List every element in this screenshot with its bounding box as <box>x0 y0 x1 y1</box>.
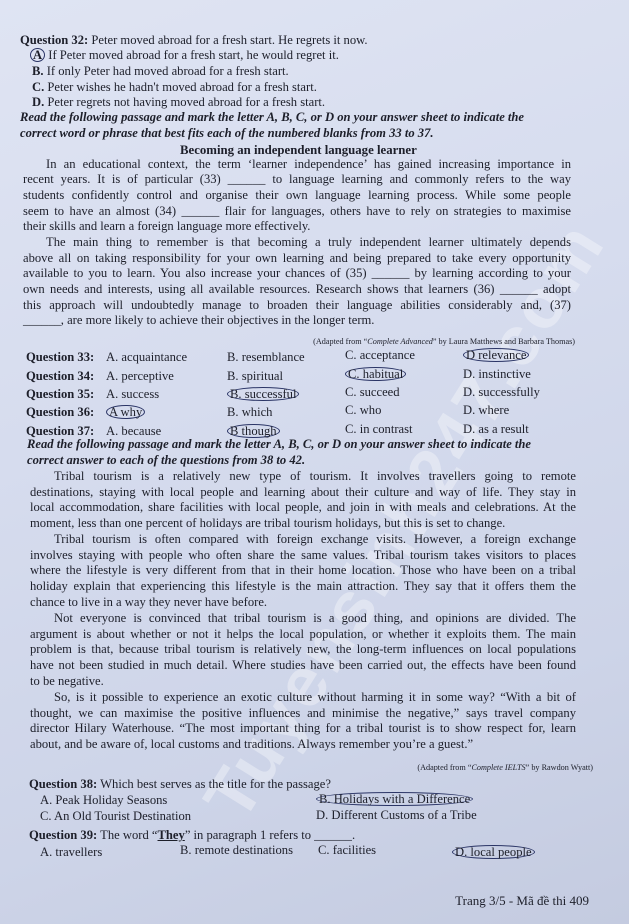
passage-2-line: moment, less than one percent of holiday… <box>30 516 576 531</box>
answer-circle: D. local people <box>452 845 535 859</box>
passage-2-line: Not everyone is convinced that tribal to… <box>54 611 576 626</box>
option-text: B. spiritual <box>227 369 283 383</box>
passage-1-line: The main thing to remember is that becom… <box>46 235 571 250</box>
passage-title: Becoming an independent language learner <box>180 143 417 158</box>
option-text: B. resemblance <box>227 350 305 364</box>
q38-option-b[interactable]: B. Holidays with a Difference <box>316 792 473 807</box>
q39-option-d[interactable]: D. local people <box>452 845 535 860</box>
passage-1-line: In an educational context, the term ‘lea… <box>46 157 571 172</box>
passage-2-line: to be negative. <box>30 674 576 689</box>
option-text: B. which <box>227 405 272 419</box>
instruction-38-42-line1: Read the following passage and mark the … <box>27 437 531 452</box>
answer-circle: B. successful <box>227 387 299 401</box>
q32-option-a[interactable]: A If Peter moved abroad for a fresh star… <box>30 48 339 63</box>
option-text: D. instinctive <box>463 367 531 381</box>
passage-2-line: have not been studied in much detail. Wh… <box>30 658 576 673</box>
q39-option-a[interactable]: A. travellers <box>40 845 102 860</box>
passage-2-line: chance to live in a way they never have … <box>30 595 576 610</box>
passage-2-line: argument is about whether or not it help… <box>30 627 576 642</box>
q32-stem: Question 32: Peter moved abroad for a fr… <box>20 33 368 48</box>
option-text: A. because <box>106 424 161 438</box>
answer-option[interactable]: B. spiritual <box>227 369 283 384</box>
passage-2-line: holiday explain that experiencing this l… <box>30 579 576 594</box>
passage-2-line: where the lifestyle is very different fr… <box>30 563 576 578</box>
passage-1-line: ______, are more likely to achieve their… <box>23 313 571 328</box>
passage-2-line: local accommodation, share facilities wi… <box>30 500 576 515</box>
q39-stem: Question 39: The word “They” in paragrap… <box>29 828 355 843</box>
q38-option-c[interactable]: C. An Old Tourist Destination <box>40 809 191 824</box>
page-footer: Trang 3/5 - Mã đề thi 409 <box>455 893 589 909</box>
passage-2-line: involves staying with people who often s… <box>30 548 576 563</box>
passage-1-line: seem to have an almost (34) ______ flair… <box>23 204 571 219</box>
option-text: D. where <box>463 403 509 417</box>
answer-circle: B though <box>227 424 280 438</box>
passage-2-line: director Hilary Waterhouse. “The most im… <box>30 721 576 736</box>
answer-option[interactable]: D. successfully <box>463 385 540 400</box>
exam-page: Tuyensinh247.com Question 32: Peter move… <box>0 0 629 924</box>
q38-stem: Question 38: Which best serves as the ti… <box>29 777 331 792</box>
question-label: Question 36: <box>26 405 94 420</box>
option-text: C. who <box>345 403 381 417</box>
option-text: D. as a result <box>463 422 529 436</box>
answer-circle: A <box>30 48 45 62</box>
answer-option[interactable]: B. successful <box>227 387 299 402</box>
option-text: C. acceptance <box>345 348 415 362</box>
passage-2-line: Tribal tourism is a relatively new type … <box>54 469 576 484</box>
q39-option-c[interactable]: C. facilities <box>318 843 376 858</box>
answer-option[interactable]: D relevance <box>463 348 529 363</box>
answer-option[interactable]: D. where <box>463 403 509 418</box>
answer-option[interactable]: A. success <box>106 387 159 402</box>
question-label: Question 35: <box>26 387 94 402</box>
instruction-33-37-line1: Read the following passage and mark the … <box>20 110 524 125</box>
passage-2-line: problem is that, because tribal tourism … <box>30 642 576 657</box>
option-text: A. perceptive <box>106 369 174 383</box>
q32-option-c[interactable]: C. Peter wishes he hadn't moved abroad f… <box>32 80 317 95</box>
passage-1-line: own needs and interests, using all avail… <box>23 282 571 297</box>
question-label: Question 33: <box>26 350 94 365</box>
option-text: C. in contrast <box>345 422 413 436</box>
option-text: C. succeed <box>345 385 400 399</box>
q38-option-a[interactable]: A. Peak Holiday Seasons <box>40 793 167 808</box>
passage-2-line: about, and be aware of, local customs an… <box>30 737 576 752</box>
q39-option-b[interactable]: B. remote destinations <box>180 843 293 858</box>
answer-option[interactable]: D. instinctive <box>463 367 531 382</box>
answer-option[interactable]: A. perceptive <box>106 369 174 384</box>
answer-circle: C. habitual <box>345 367 406 381</box>
instruction-33-37-line2: correct word or phrase that best fits ea… <box>20 126 434 141</box>
question-label: Question 34: <box>26 369 94 384</box>
passage-2-line: destinations, staying with local people … <box>30 485 576 500</box>
q38-option-d[interactable]: D. Different Customs of a Tribe <box>316 808 477 823</box>
passage-2-line: So, is it possible to experience an exot… <box>54 690 576 705</box>
passage-2-line: Tribal tourism is often compared with fo… <box>54 532 576 547</box>
passage-1-line: recent years. It is of particular (33) _… <box>23 172 571 187</box>
answer-option[interactable]: B. which <box>227 405 272 420</box>
answer-option[interactable]: A why <box>106 405 145 420</box>
answer-option[interactable]: C. acceptance <box>345 348 415 363</box>
answer-option[interactable]: C. habitual <box>345 367 406 382</box>
passage-1-line: this approach will undoubtedly manage to… <box>23 298 571 313</box>
instruction-38-42-line2: correct answer to each of the questions … <box>27 453 305 468</box>
answer-option[interactable]: C. succeed <box>345 385 400 400</box>
answer-option[interactable]: C. in contrast <box>345 422 413 437</box>
answer-option[interactable]: D. as a result <box>463 422 529 437</box>
passage-2-source: (Adapted from “Complete IELTS” by Rawdon… <box>417 760 593 775</box>
passage-1-line: their skills and learn a foreign languag… <box>23 219 571 234</box>
answer-option[interactable]: B. resemblance <box>227 350 305 365</box>
passage-1-line: available to you to learn. You also incr… <box>23 266 571 281</box>
passage-2-line: thought, we can maximise the positive in… <box>30 706 576 721</box>
option-text: A. acquaintance <box>106 350 187 364</box>
answer-circle: B. Holidays with a Difference <box>316 792 473 806</box>
q32-option-b[interactable]: B. If only Peter had moved abroad for a … <box>32 64 289 79</box>
option-text: A. success <box>106 387 159 401</box>
option-text: D. successfully <box>463 385 540 399</box>
q32-option-d[interactable]: D. Peter regrets not having moved abroad… <box>32 95 325 110</box>
answer-circle: D relevance <box>463 348 529 362</box>
answer-option[interactable]: A. acquaintance <box>106 350 187 365</box>
passage-1-source: (Adapted from “Complete Advanced” by Lau… <box>313 334 575 349</box>
passage-1-line: above all on taking responsibility for y… <box>23 251 571 266</box>
passage-1-line: students confidently control and organis… <box>23 188 571 203</box>
answer-circle: A why <box>106 405 145 419</box>
answer-option[interactable]: C. who <box>345 403 381 418</box>
